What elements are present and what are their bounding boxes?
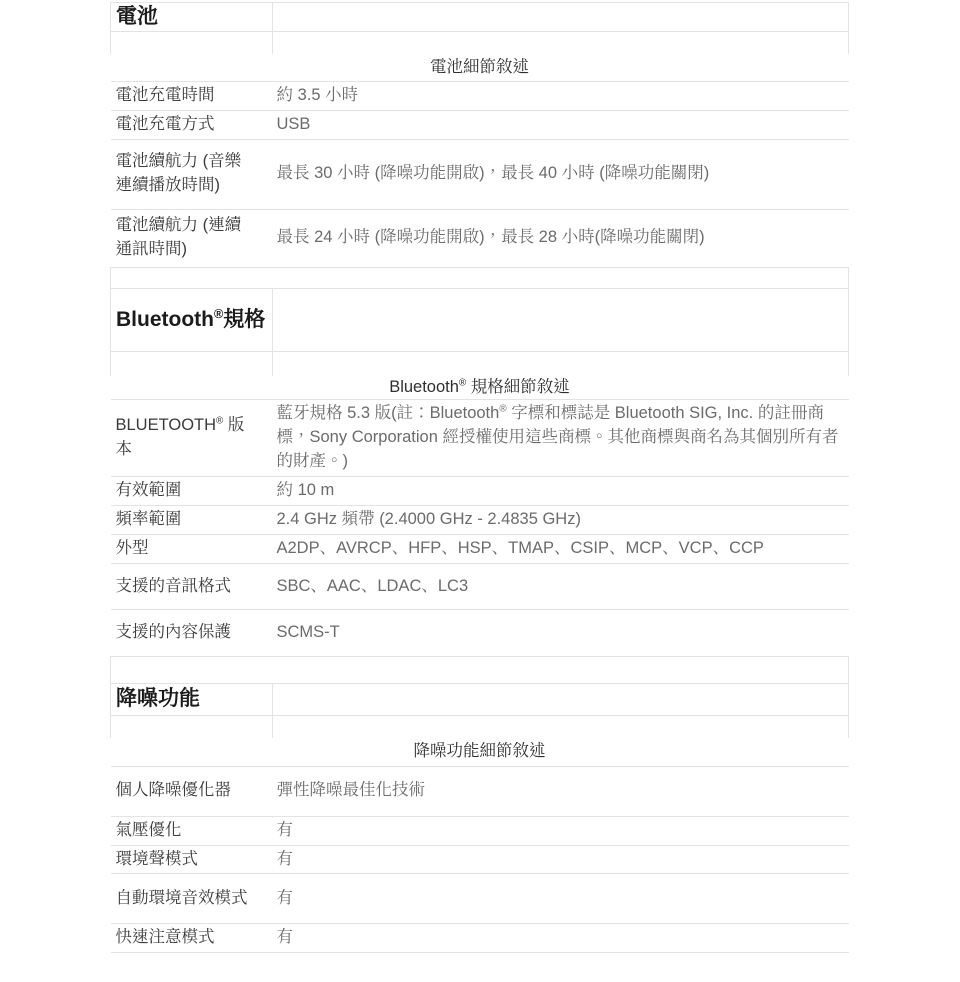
empty-cell <box>273 3 849 32</box>
product-spec-tables: 電池 電池細節敘述 電池充電時間 約 3.5 小時 電池充電方式 USB 電池續… <box>110 2 849 953</box>
registered-mark-sup: ® <box>214 307 223 321</box>
caption-text: 降噪功能細節敘述 <box>414 742 546 760</box>
row-value: A2DP、AVRCP、HFP、HSP、TMAP、CSIP、MCP、VCP、CCP <box>273 535 849 564</box>
section-title-text: Bluetooth <box>116 308 214 331</box>
row-value: 有 <box>273 924 849 953</box>
row-label: 個人降噪優化器 <box>111 766 273 816</box>
section-title: Bluetooth®規格 <box>111 289 273 352</box>
section-title: 電池 <box>111 3 273 32</box>
row-value: 有 <box>273 816 849 845</box>
spacer-cell <box>111 31 273 54</box>
detail-caption-row: 降噪功能細節敘述 <box>111 738 849 766</box>
spec-row-supported-audio-formats: 支援的音訊格式 SBC、AAC、LDAC、LC3 <box>111 564 849 610</box>
spec-section-battery: 電池 電池細節敘述 電池充電時間 約 3.5 小時 電池充電方式 USB 電池續… <box>110 2 849 288</box>
spacer-cell <box>273 352 849 376</box>
spec-row-effective-range: 有效範圍 約 10 m <box>111 477 849 506</box>
row-value: 最長 30 小時 (降噪功能開啟)，最長 40 小時 (降噪功能關閉) <box>273 139 849 209</box>
detail-caption: 降噪功能細節敘述 <box>111 738 849 766</box>
section-header-bluetooth: Bluetooth®規格 <box>111 289 849 352</box>
spec-row-personal-nc-optimizer: 個人降噪優化器 彈性降噪最佳化技術 <box>111 766 849 816</box>
row-label: 有效範圍 <box>111 477 273 506</box>
spacer-cell <box>273 715 849 738</box>
row-label: 頻率範圍 <box>111 506 273 535</box>
spec-row-battery-charge-method: 電池充電方式 USB <box>111 110 849 139</box>
row-label: 電池續航力 (音樂連續播放時間) <box>111 139 273 209</box>
spacer-row <box>111 352 849 376</box>
section-header-noise-canceling: 降噪功能 <box>111 683 849 715</box>
row-label: 電池續航力 (連續通訊時間) <box>111 209 273 267</box>
empty-cell <box>273 289 849 352</box>
value-text: 藍牙規格 5.3 版(註：Bluetooth <box>277 404 500 422</box>
row-value: USB <box>273 110 849 139</box>
row-value: 彈性降噪最佳化技術 <box>273 766 849 816</box>
section-title-text: 電池 <box>116 5 158 28</box>
row-label: 電池充電方式 <box>111 110 273 139</box>
spacer-row <box>111 715 849 738</box>
row-label: 環境聲模式 <box>111 845 273 874</box>
row-value: 藍牙規格 5.3 版(註：Bluetooth® 字標和標誌是 Bluetooth… <box>273 400 849 477</box>
spacer-cell <box>273 31 849 54</box>
row-label: 自動環境音效模式 <box>111 874 273 924</box>
spec-section-bluetooth: Bluetooth®規格 Bluetooth® 規格細節敘述 BLUETOOTH… <box>110 288 849 683</box>
section-end-spacer <box>111 657 849 683</box>
caption-text: Bluetooth <box>389 378 459 396</box>
spec-section-noise-canceling: 降噪功能 降噪功能細節敘述 個人降噪優化器 彈性降噪最佳化技術 氣壓優化 有 環… <box>110 683 849 954</box>
row-label: 支援的內容保護 <box>111 610 273 657</box>
row-label: 快速注意模式 <box>111 924 273 953</box>
row-value: 最長 24 小時 (降噪功能開啟)，最長 28 小時(降噪功能關閉) <box>273 209 849 267</box>
detail-caption-row: Bluetooth® 規格細節敘述 <box>111 376 849 400</box>
spec-row-auto-ambient-sound-mode: 自動環境音效模式 有 <box>111 874 849 924</box>
spec-row-quick-attention-mode: 快速注意模式 有 <box>111 924 849 953</box>
section-title-text: 降噪功能 <box>116 687 200 710</box>
spec-row-profiles: 外型 A2DP、AVRCP、HFP、HSP、TMAP、CSIP、MCP、VCP、… <box>111 535 849 564</box>
row-label: BLUETOOTH® 版本 <box>111 400 273 477</box>
spacer-cell <box>111 352 273 376</box>
empty-cell <box>273 683 849 715</box>
row-label: 外型 <box>111 535 273 564</box>
spec-row-atmospheric-pressure-optimizing: 氣壓優化 有 <box>111 816 849 845</box>
spec-row-supported-content-protection: 支援的內容保護 SCMS-T <box>111 610 849 657</box>
section-header-battery: 電池 <box>111 3 849 32</box>
detail-caption-row: 電池細節敘述 <box>111 54 849 81</box>
row-label: 支援的音訊格式 <box>111 564 273 610</box>
label-text: BLUETOOTH <box>116 416 217 434</box>
spec-row-battery-life-communication: 電池續航力 (連續通訊時間) 最長 24 小時 (降噪功能開啟)，最長 28 小… <box>111 209 849 267</box>
row-label: 電池充電時間 <box>111 81 273 110</box>
spacer-cell <box>111 267 273 288</box>
spec-row-ambient-sound-mode: 環境聲模式 有 <box>111 845 849 874</box>
caption-text: 電池細節敘述 <box>430 58 529 76</box>
row-value: 有 <box>273 874 849 924</box>
registered-mark-sup: ® <box>499 404 506 415</box>
spec-row-battery-life-music: 電池續航力 (音樂連續播放時間) 最長 30 小時 (降噪功能開啟)，最長 40… <box>111 139 849 209</box>
row-value: SBC、AAC、LDAC、LC3 <box>273 564 849 610</box>
row-value: 2.4 GHz 頻帶 (2.4000 GHz - 2.4835 GHz) <box>273 506 849 535</box>
section-title-text-post: 規格 <box>223 308 265 331</box>
spec-row-bluetooth-version: BLUETOOTH® 版本 藍牙規格 5.3 版(註：Bluetooth® 字標… <box>111 400 849 477</box>
spec-row-battery-charge-time: 電池充電時間 約 3.5 小時 <box>111 81 849 110</box>
detail-caption: Bluetooth® 規格細節敘述 <box>111 376 849 400</box>
spacer-cell <box>111 657 273 683</box>
row-value: 約 10 m <box>273 477 849 506</box>
section-title: 降噪功能 <box>111 683 273 715</box>
spacer-cell <box>273 657 849 683</box>
spacer-cell <box>111 715 273 738</box>
spacer-cell <box>273 267 849 288</box>
spacer-row <box>111 31 849 54</box>
row-label: 氣壓優化 <box>111 816 273 845</box>
row-value: SCMS-T <box>273 610 849 657</box>
detail-caption: 電池細節敘述 <box>111 54 849 81</box>
caption-text-post: 規格細節敘述 <box>466 378 570 396</box>
row-value: 有 <box>273 845 849 874</box>
spec-row-frequency-range: 頻率範圍 2.4 GHz 頻帶 (2.4000 GHz - 2.4835 GHz… <box>111 506 849 535</box>
section-end-spacer <box>111 267 849 288</box>
row-value: 約 3.5 小時 <box>273 81 849 110</box>
